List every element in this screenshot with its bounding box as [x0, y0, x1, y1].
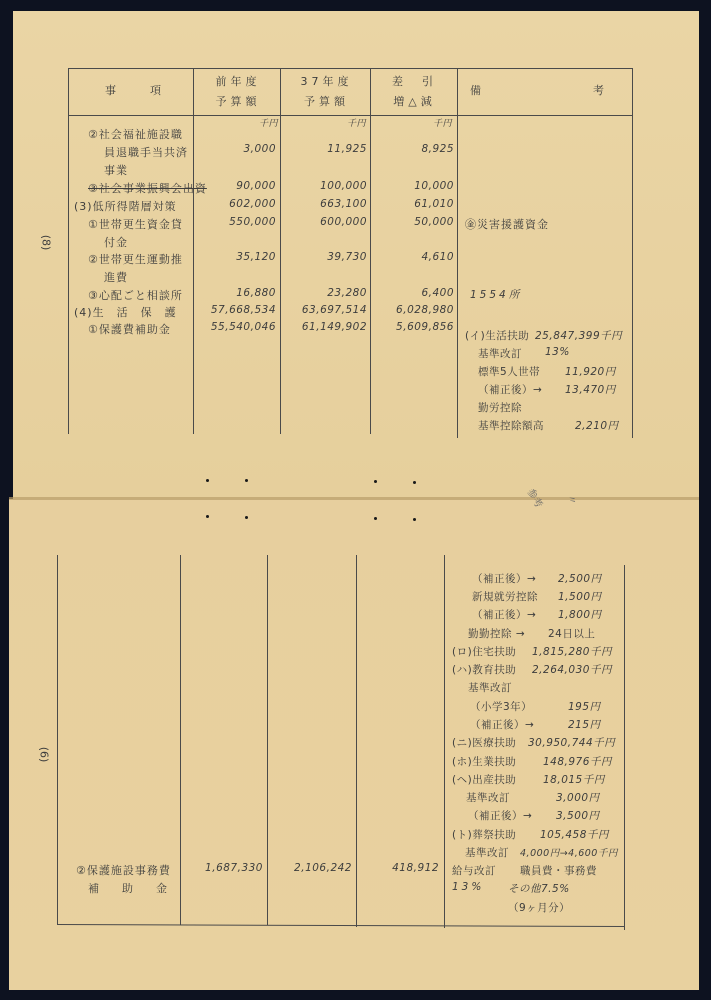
col-border [356, 555, 357, 927]
remark-label: (ヘ)出産扶助 [452, 772, 516, 787]
binding-hole [206, 515, 209, 518]
col-border [444, 555, 445, 928]
row-item: ②世帯更生運動推 [88, 251, 183, 267]
remark-value: 25,847,399千円 [535, 328, 622, 343]
row-diff: 6,028,980 [372, 304, 454, 316]
row-remark: ㊎災害援護資金 [465, 216, 549, 232]
row-diff: 8,925 [372, 143, 454, 155]
row-item: ①世帯更生資金貸 [88, 216, 183, 232]
remark-label: 基準改訂 [466, 790, 510, 805]
remark-label: 基準控除額高 [478, 418, 544, 433]
remark-value: 2,264,030千円 [532, 662, 612, 677]
col-border [267, 555, 268, 925]
row-prev: 55,540,046 [196, 321, 276, 333]
remark-value: 148,976千円 [543, 754, 612, 769]
header-difference-1: 差 引 [372, 73, 457, 89]
row-fy37: 61,149,902 [283, 321, 367, 333]
remark-value: 3,000円 [556, 790, 600, 805]
row-diff: 10,000 [372, 180, 454, 192]
row-item: 事業 [104, 162, 128, 178]
row-prev: 16,880 [196, 287, 276, 299]
row-fy37: 23,280 [283, 287, 367, 299]
page-number: (6) [37, 747, 50, 763]
row-diff: 418,912 [359, 862, 439, 874]
page-fold [9, 497, 699, 500]
remark-value: 11,920円 [565, 364, 616, 379]
row-prev: 3,000 [196, 143, 276, 155]
row-item: ③社会事業振興会出資 [88, 180, 207, 196]
unit-label: 千円 [404, 116, 452, 129]
remark-label: 勤勤控除 → [468, 626, 525, 641]
row-diff: 4,610 [372, 251, 454, 263]
col-border [280, 68, 281, 434]
row-prev: 1,687,330 [183, 862, 263, 874]
remark-value: 1,500円 [558, 589, 602, 604]
row-remark: 1554所 [470, 287, 522, 302]
remark-label: 基準改訂 [478, 346, 522, 361]
remark-label: （補正後）→ [472, 571, 536, 586]
col-border [68, 68, 69, 434]
binding-hole [413, 481, 416, 484]
row-item: 補 助 金 [88, 880, 173, 896]
remark-value: （9ヶ月分） [508, 900, 570, 915]
row-fy37: 11,925 [283, 143, 367, 155]
binding-hole [206, 479, 209, 482]
col-border [370, 68, 371, 434]
remark-label: （補正後）→ [470, 717, 534, 732]
binding-hole [245, 516, 248, 519]
row-fy37: 2,106,242 [270, 862, 352, 874]
remark-label: 標準5人世帯 [478, 364, 540, 379]
remark-value: 24日以上 [548, 626, 595, 641]
remark-value: 4,000円→4,600千円 [520, 845, 618, 859]
row-item: 進費 [104, 269, 128, 285]
row-prev: 57,668,534 [196, 304, 276, 316]
row-item: (4)生 活 保 護 [74, 304, 177, 320]
col-border [193, 68, 194, 434]
page-number: (8) [39, 235, 52, 251]
remark-label: 勤労控除 [478, 400, 522, 415]
row-prev: 90,000 [196, 180, 276, 192]
header-difference-2: 増△減 [372, 93, 457, 109]
col-border [632, 68, 633, 438]
header-prev-budget-1: 前年度 [196, 73, 280, 89]
remark-label: (ホ)生業扶助 [452, 754, 516, 769]
header-fy37-budget-1: 37年度 [283, 73, 370, 89]
remark-label: (ニ)医療扶助 [452, 735, 516, 750]
remark-value: 1,815,280千円 [532, 644, 612, 659]
header-item: 事 項 [85, 82, 185, 98]
remark-value: 職員費・事務費 [520, 863, 597, 878]
remark-value: 2,500円 [558, 571, 602, 586]
remark-label: 給与改訂 [452, 863, 496, 878]
remark-label: （補正後）→ [478, 382, 542, 397]
remark-label: 基準改訂 [468, 680, 512, 695]
remark-label: 基準改訂 [465, 845, 509, 860]
row-item: 付金 [104, 234, 128, 250]
remark-value: 30,950,744千円 [528, 735, 615, 750]
remark-label: 13% [452, 881, 484, 893]
remark-value: 13% [545, 346, 570, 358]
row-prev: 602,000 [196, 198, 276, 210]
row-item: 員退職手当共済 [104, 144, 188, 160]
remark-value: 13,470円 [565, 382, 616, 397]
remark-label: (イ)生活扶助 [465, 328, 529, 343]
row-diff: 61,010 [372, 198, 454, 210]
remark-value: 195円 [568, 699, 601, 714]
remark-value: 18,015千円 [543, 772, 605, 787]
remark-label: 新規就労控除 [472, 589, 538, 604]
remark-value: 215円 [568, 717, 601, 732]
remark-value: 1,800円 [558, 607, 602, 622]
row-item: ③心配ごと相談所 [88, 287, 183, 303]
row-fy37: 100,000 [283, 180, 367, 192]
col-border [180, 555, 181, 925]
row-prev: 550,000 [196, 216, 276, 228]
remark-value: その他7.5% [508, 881, 570, 896]
col-border [624, 565, 625, 930]
row-item: ②社会福祉施設職 [88, 126, 183, 142]
remark-value: 2,210円 [575, 418, 619, 433]
remark-label: （小学3年） [470, 699, 532, 714]
binding-hole [245, 479, 248, 482]
remark-label: （補正後）→ [468, 808, 532, 823]
row-item: ①保護費補助金 [88, 321, 171, 337]
remark-label: （補正後）→ [472, 607, 536, 622]
binding-hole [374, 517, 377, 520]
row-fy37: 39,730 [283, 251, 367, 263]
col-border [57, 555, 58, 925]
header-prev-budget-2: 予算額 [196, 93, 280, 109]
remark-label: (ハ)教育扶助 [452, 662, 516, 677]
remark-label: (ロ)住宅扶助 [452, 644, 516, 659]
remark-value: 3,500円 [556, 808, 600, 823]
table-top-border [68, 68, 632, 69]
row-item: (3)低所得階層対策 [74, 198, 177, 214]
row-diff: 5,609,856 [372, 321, 454, 333]
header-remarks: 備 考 [470, 82, 620, 98]
row-fy37: 663,100 [283, 198, 367, 210]
remark-label: (ト)葬祭扶助 [452, 827, 516, 842]
row-diff: 50,000 [372, 216, 454, 228]
row-fy37: 600,000 [283, 216, 367, 228]
binding-hole [374, 480, 377, 483]
row-prev: 35,120 [196, 251, 276, 263]
binding-hole [413, 518, 416, 521]
header-fy37-budget-2: 予算額 [283, 93, 370, 109]
unit-label: 千円 [318, 116, 366, 129]
unit-label: 千円 [230, 116, 278, 129]
col-border [457, 68, 458, 438]
row-diff: 6,400 [372, 287, 454, 299]
row-item: ②保護施設事務費 [76, 862, 171, 878]
remark-value: 105,458千円 [540, 827, 609, 842]
row-fy37: 63,697,514 [283, 304, 367, 316]
